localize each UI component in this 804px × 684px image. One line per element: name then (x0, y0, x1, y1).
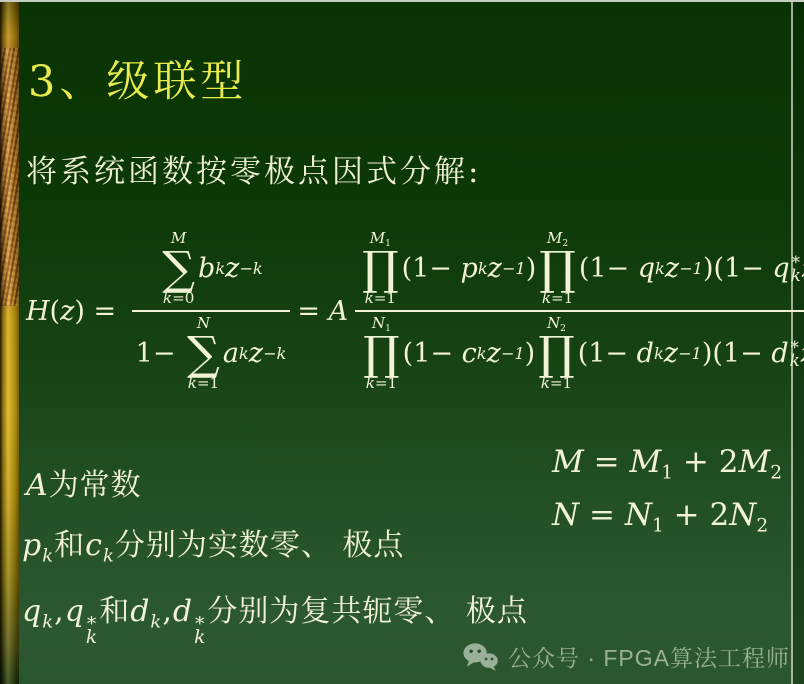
formula-mid: = A (297, 296, 348, 327)
fraction-bar (355, 310, 804, 312)
fraction-right: M1∏k=1(1− pkz−1)M2∏k=1(1− qkz−1)(1− q*kz… (355, 230, 804, 392)
equation-n: N = N1 + 2N2 (552, 497, 782, 533)
fraction-left-numerator: M∑k=0bkz−k (155, 230, 266, 307)
fraction-left: M∑k=0bkz−k 1− N∑k=1akz−k (132, 230, 291, 392)
fraction-left-denominator: 1− N∑k=1akz−k (132, 315, 291, 392)
fraction-right-numerator: M1∏k=1(1− pkz−1)M2∏k=1(1− qkz−1)(1− q*kz… (355, 230, 804, 307)
left-decor-strip (0, 2, 19, 684)
note-complex-zeros-poles: qk,q*k和dk,d*k分别为复共轭零、 极点 (22, 586, 528, 645)
formula-lhs: H(z) = (26, 296, 125, 327)
order-equations: M = M1 + 2M2 N = N1 + 2N2 (552, 444, 782, 533)
fraction-right-denominator: N1∏k=1(1− ckz−1)N2∏k=1(1− dkz−1)(1− d*kz… (356, 315, 804, 392)
watermark: 公众号 · FPGA算法工程师 (463, 640, 790, 673)
fraction-bar (132, 310, 291, 312)
slide-top-border (0, 0, 804, 2)
transfer-function-formula: H(z) = M∑k=0bkz−k 1− N∑k=1akz−k = A M1∏k… (26, 230, 798, 392)
intro-text: 将系统函数按零极点因式分解: (26, 146, 481, 191)
note-real-zeros-poles: pk和ck分别为实数零、 极点 (22, 520, 404, 564)
note-constant: A为常数 (26, 460, 142, 504)
wechat-icon (463, 642, 499, 672)
equation-m: M = M1 + 2M2 (552, 444, 782, 480)
watermark-text: 公众号 · FPGA算法工程师 (508, 640, 790, 673)
slide-title: 3、级联型 (28, 48, 247, 109)
left-decor-texture (0, 48, 19, 306)
